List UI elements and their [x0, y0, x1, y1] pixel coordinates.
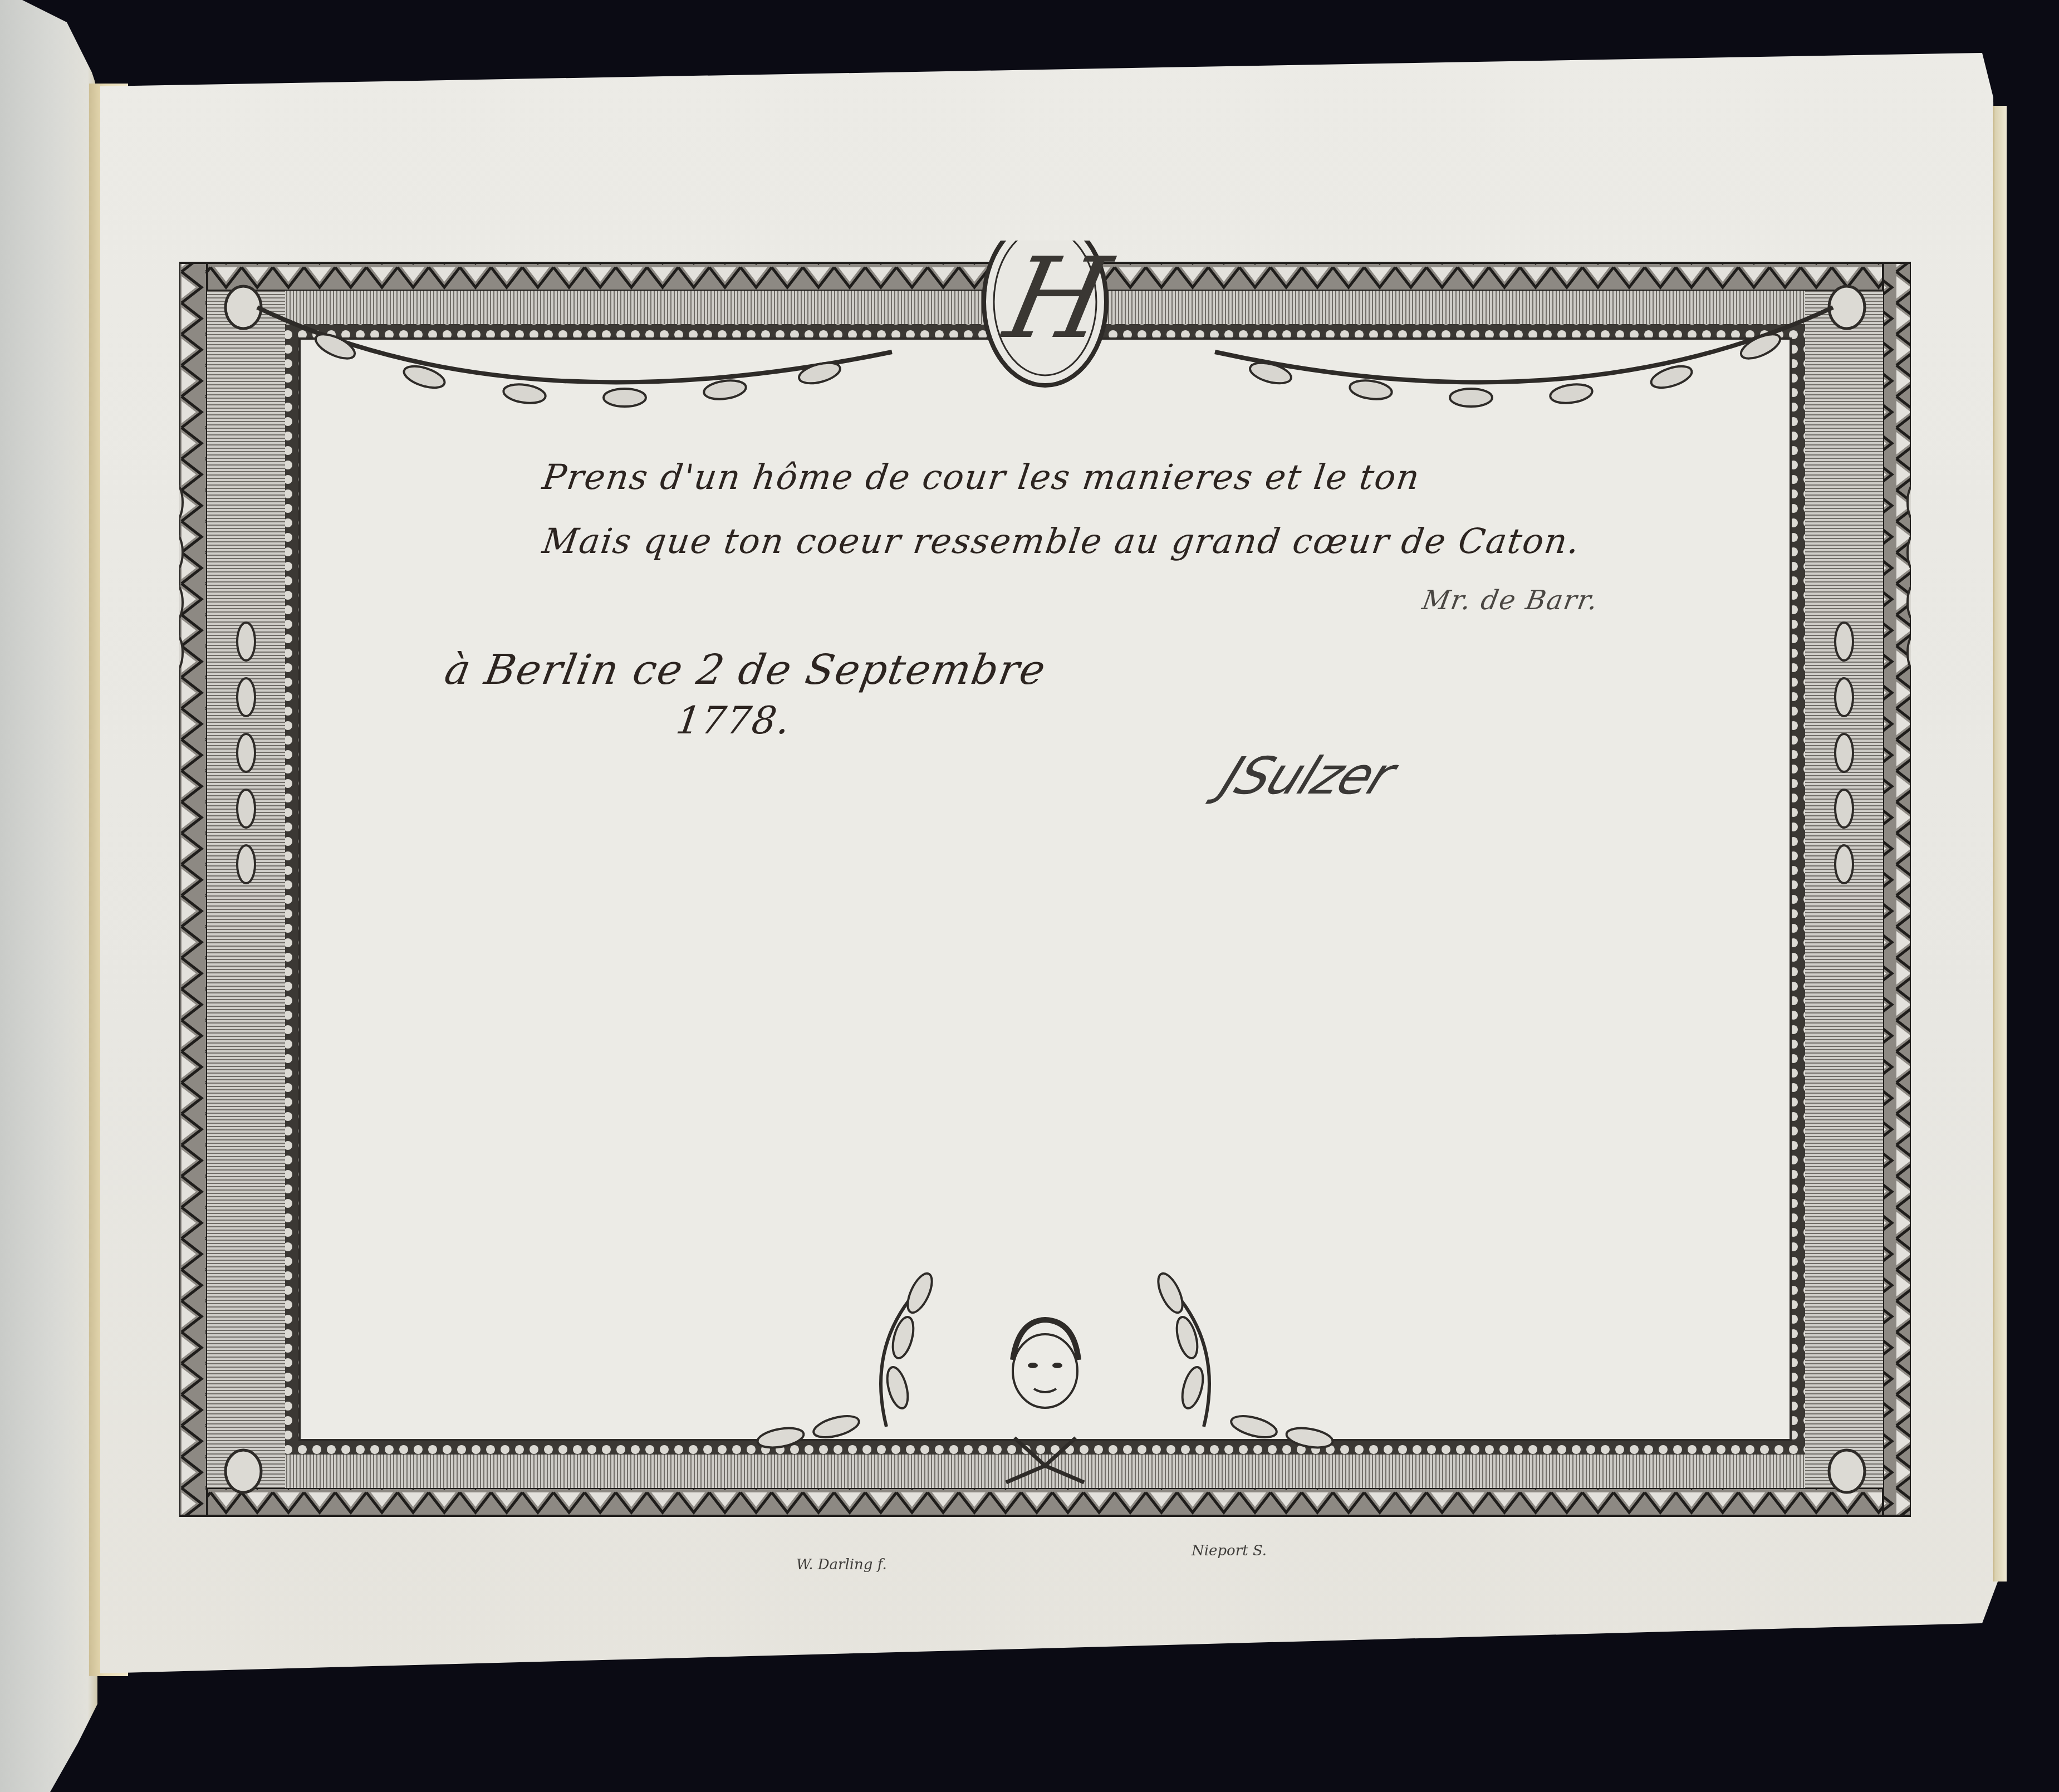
engraved-frame [179, 241, 1911, 1544]
engraver-credit-left: W. Darling f. [796, 1556, 887, 1573]
inscription-line-2: Mais que ton coeur ressemble au grand cœ… [540, 521, 1583, 561]
inscription-line-1: Prens d'un hôme de cour les manieres et … [540, 457, 1423, 497]
inscription-attribution: Mr. de Barr. [1420, 585, 1601, 616]
page-edge-stack [1993, 106, 2007, 1582]
engraver-credit-right: Nieport S. [1192, 1543, 1267, 1559]
left-facing-page [0, 0, 97, 1792]
year-line: 1778. [673, 699, 793, 743]
signature: JSulzer [1213, 746, 1403, 806]
place-date-line: à Berlin ce 2 de Septembre [441, 646, 1050, 694]
